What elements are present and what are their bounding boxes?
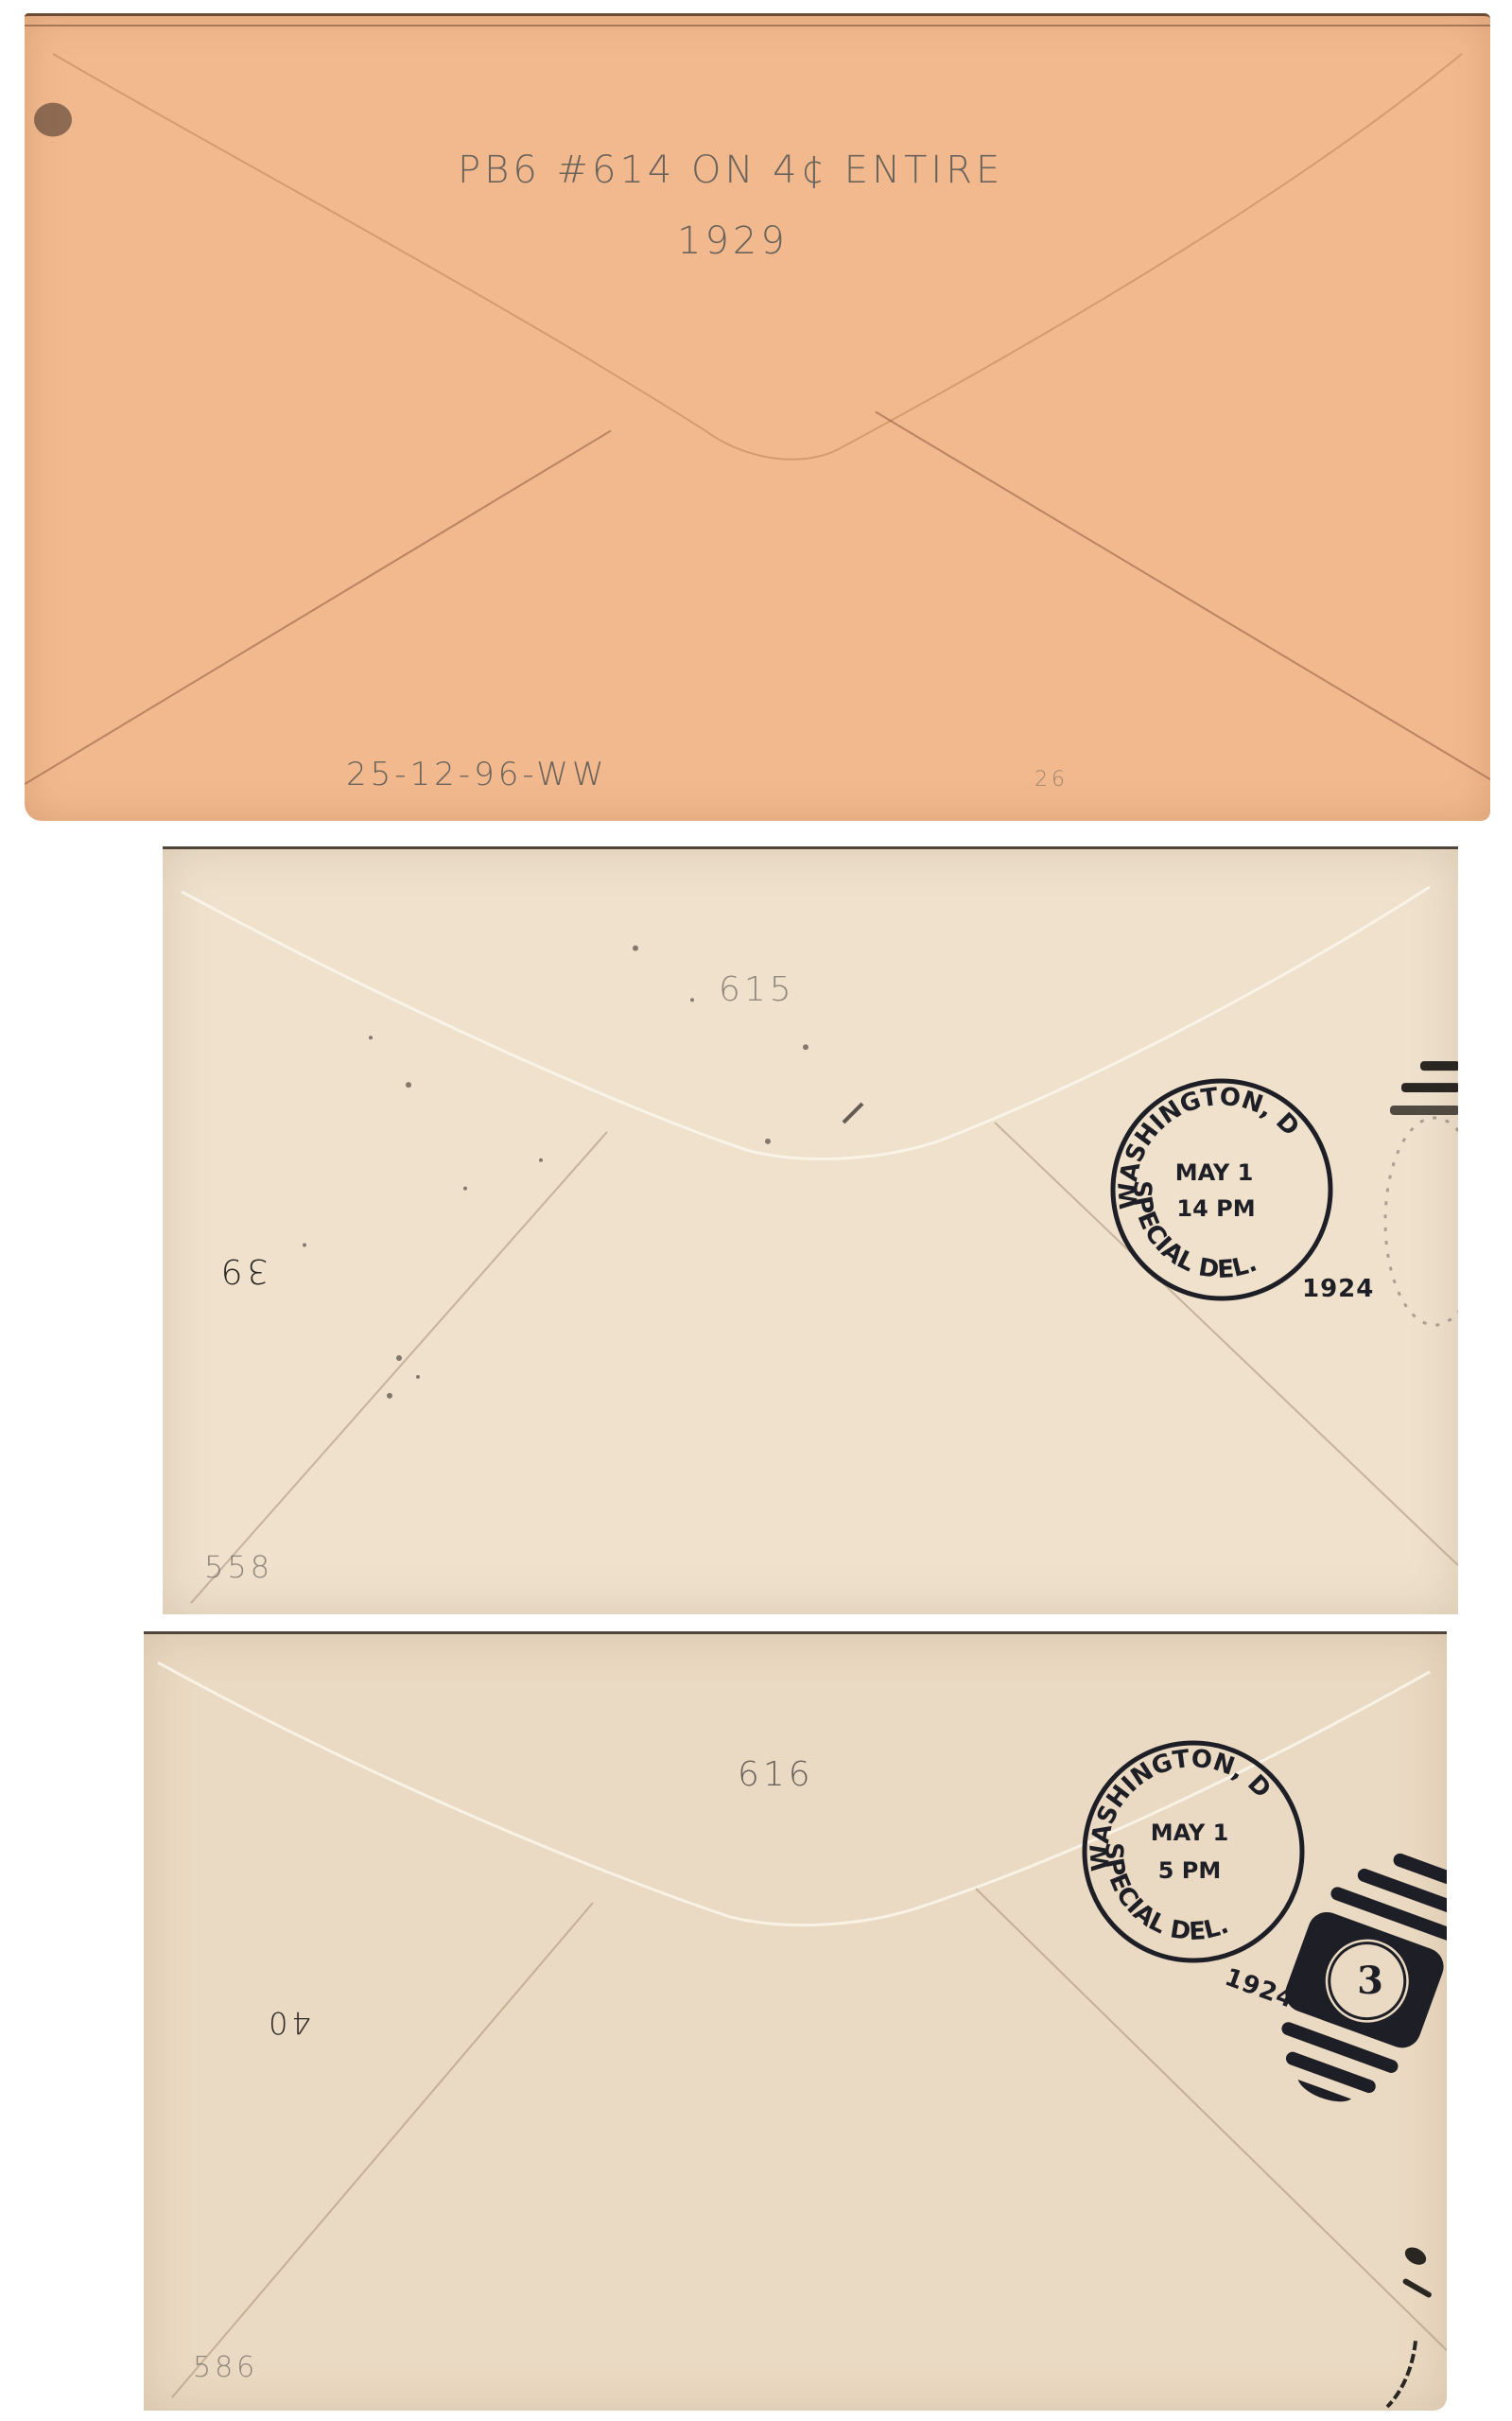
year-note: 1929 [677, 219, 789, 263]
side-number-note: 39 [217, 1251, 269, 1290]
bottom-code-note: 25-12-96-WW [346, 756, 607, 793]
bottom-number-note: 558 [204, 1549, 273, 1585]
postmark-date: MAY 1 [1151, 1820, 1229, 1846]
postmark-time: 5 PM [1158, 1857, 1222, 1884]
bottom-number-note: 586 [193, 2351, 258, 2384]
side-number-note: 40 [265, 2005, 311, 2041]
envelope-flap-lines [25, 16, 1490, 821]
middle-envelope: 615 39 558 WASHINGTON, D.C. SPECIAL DEL.… [163, 846, 1458, 1614]
cancel-station-number: 3 [1357, 1959, 1383, 2003]
postmark-date: MAY 1 [1175, 1159, 1254, 1186]
washington-special-delivery-postmark: WASHINGTON, D.C. SPECIAL DEL. MAY 1 5 PM [1080, 1738, 1307, 1965]
top-envelope: PB6 #614 ON 4¢ ENTIRE 1929 25-12-96-WW 2… [25, 13, 1490, 821]
duplex-cancel-3: 3 [1293, 1852, 1447, 2116]
catalog-note: PB6 #614 ON 4¢ ENTIRE [458, 148, 1003, 192]
postmark-time: 14 PM [1176, 1195, 1255, 1222]
flap-number-note: 615 [719, 970, 795, 1009]
washington-special-delivery-postmark: WASHINGTON, D.C. SPECIAL DEL. MAY 1 14 P… [1108, 1076, 1335, 1303]
corner-number-note: 26 [1034, 768, 1069, 792]
bottom-envelope: 616 40 586 WASHINGTON, D.C. SPECIAL DEL.… [144, 1631, 1447, 2411]
flap-number-note: 616 [738, 1755, 814, 1794]
postmark-year: 1924 [1302, 1275, 1374, 1303]
